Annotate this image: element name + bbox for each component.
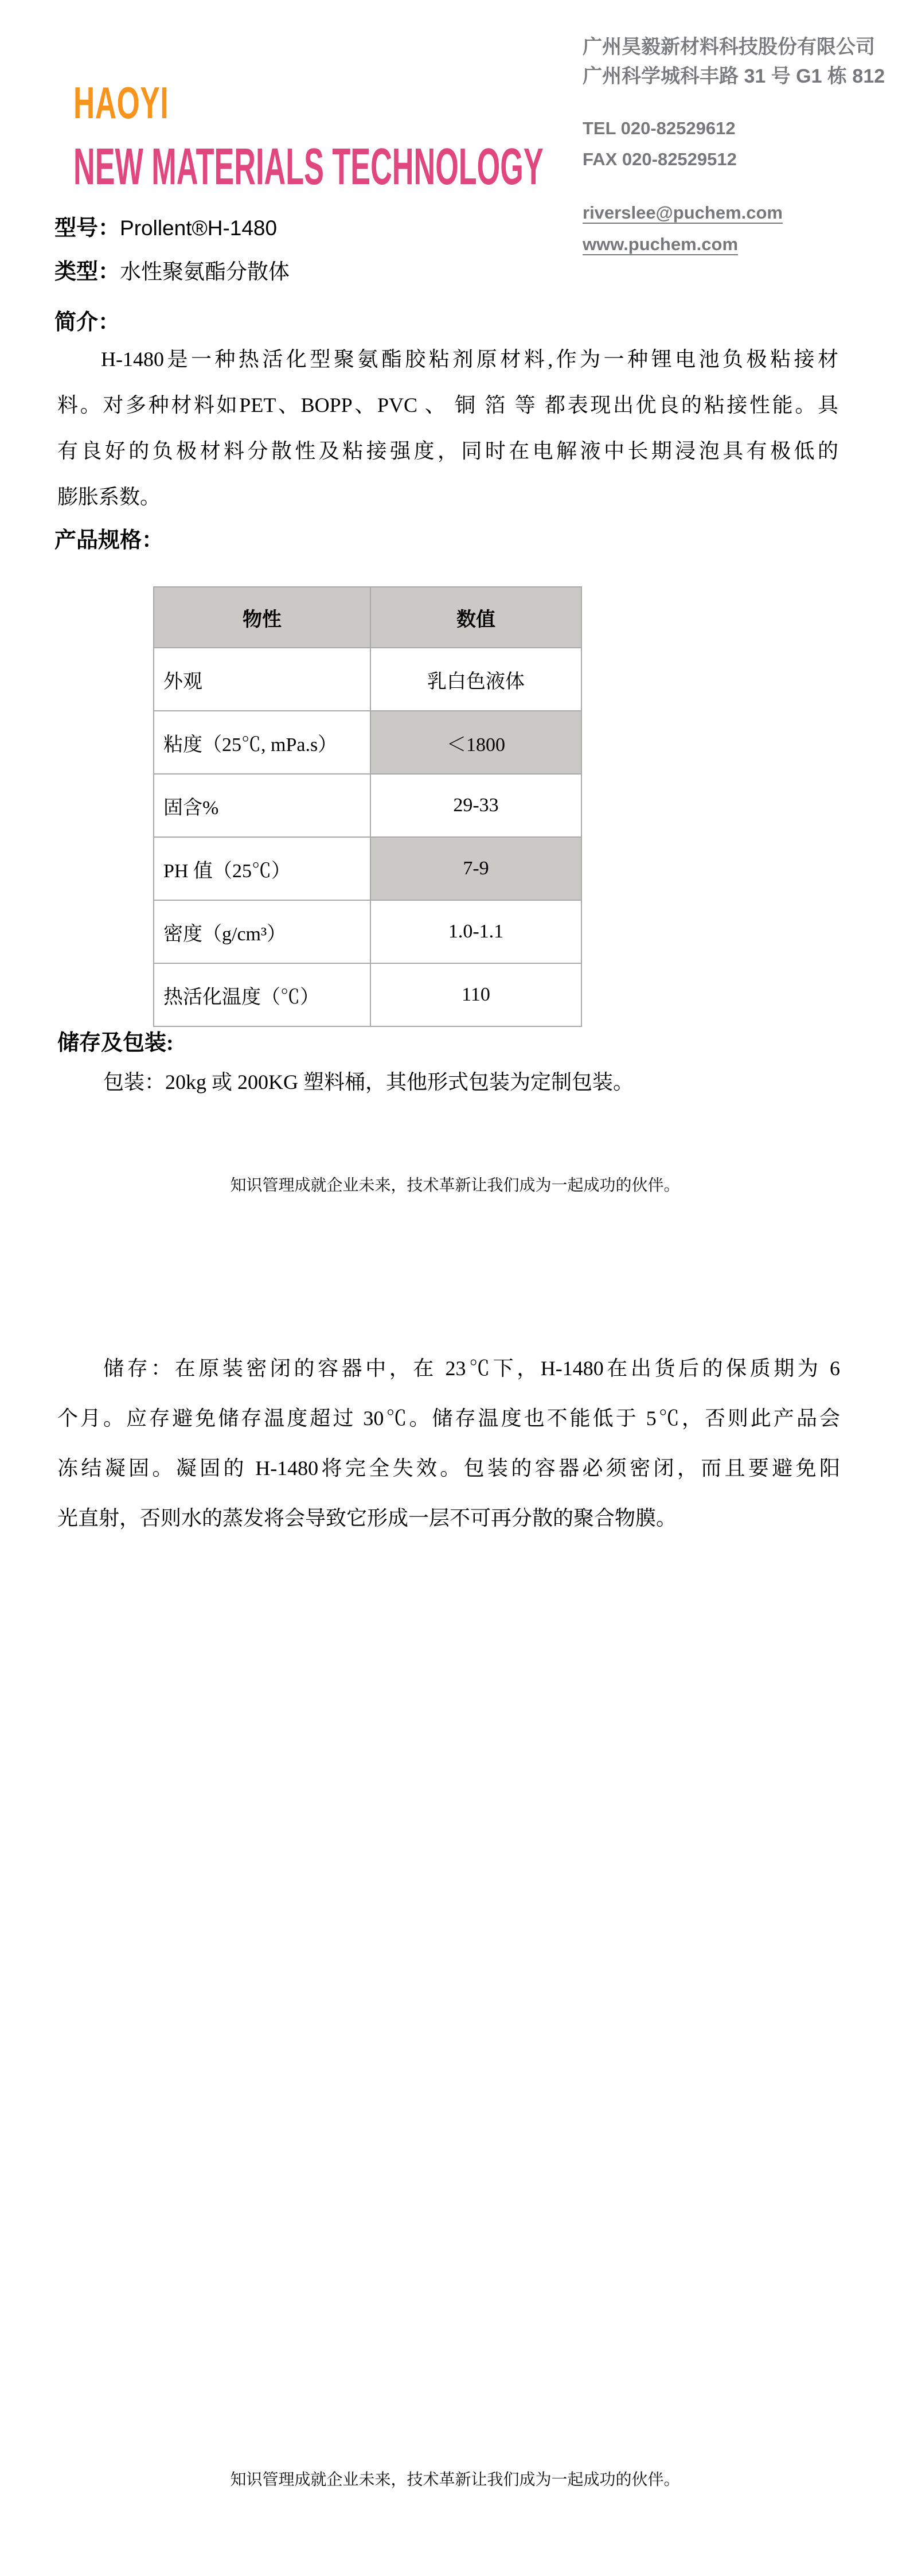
- spec-table: 物性 数值 外观 乳白色液体 粘度（25℃, mPa.s） ＜1800 固含% …: [153, 586, 582, 1027]
- type-value: 水性聚氨酯分散体: [120, 260, 290, 284]
- intro-line-2: 料。对多种材料如PET、BOPP、PVC 、 铜 箔 等 都表现出优良的粘接性能…: [57, 392, 838, 418]
- value-cell: 1.0-1.1: [370, 900, 581, 963]
- spec-col-header-value: 数值: [370, 587, 581, 648]
- table-row-solids: 固含% 29-33: [154, 774, 581, 837]
- packaging-line: 包装：20kg 或 200KG 塑料桶，其他形式包装为定制包装。: [103, 1069, 634, 1095]
- email-link[interactable]: riverslee@puchem.com: [583, 203, 783, 223]
- type-label: 类型：: [54, 260, 120, 284]
- property-cell: PH 值（25℃）: [154, 837, 370, 900]
- value-cell: 29-33: [370, 774, 581, 837]
- table-row-appearance: 外观 乳白色液体: [154, 648, 581, 711]
- type-line: 类型：水性聚氨酯分散体: [54, 259, 290, 285]
- table-row-ph: PH 值（25℃） 7-9: [154, 837, 581, 900]
- model-line: 型号：Prollent®H-1480: [54, 216, 277, 241]
- spec-heading: 产品规格：: [54, 528, 163, 553]
- logo-new-materials-technology: NEW MATERIALS TECHNOLOGY: [73, 141, 544, 193]
- intro-line-4: 膨胀系数。: [57, 484, 161, 509]
- storage-line-2: 个月。应存避免储存温度超过 30℃。储存温度也不能低于 5℃，否则此产品会: [57, 1406, 840, 1431]
- value-cell: 乳白色液体: [370, 648, 581, 711]
- slogan-mid: 知识管理成就企业未来，技术革新让我们成为一起成功的伙伴。: [0, 1173, 910, 1196]
- model-value: Prollent®H-1480: [120, 216, 277, 240]
- intro-line-3: 有良好的负极材料分散性及粘接强度，同时在电解液中长期浸泡具有极低的: [57, 438, 838, 464]
- fax-number: FAX 020-82529512: [583, 149, 737, 170]
- table-row-viscosity: 粘度（25℃, mPa.s） ＜1800: [154, 711, 581, 774]
- intro-line-1: H-1480是一种热活化型聚氨酯胶粘剂原材料,作为一种锂电池负极粘接材: [101, 347, 838, 372]
- website-link[interactable]: www.puchem.com: [583, 234, 738, 255]
- logo-haoyi: HAOYI: [73, 80, 169, 125]
- property-cell: 外观: [154, 648, 370, 711]
- spec-header-row: 物性 数值: [154, 587, 581, 648]
- spec-col-header-property: 物性: [154, 587, 370, 648]
- storage-line-4: 光直射，否则水的蒸发将会导致它形成一层不可再分散的聚合物膜。: [57, 1505, 677, 1531]
- property-cell: 密度（g/cm³）: [154, 900, 370, 963]
- property-cell: 热活化温度（℃）: [154, 963, 370, 1026]
- property-cell: 固含%: [154, 774, 370, 837]
- table-row-activation-temp: 热活化温度（℃） 110: [154, 963, 581, 1026]
- intro-heading: 简介：: [54, 310, 120, 335]
- model-label: 型号：: [54, 216, 120, 240]
- property-cell: 粘度（25℃, mPa.s）: [154, 711, 370, 774]
- storage-line-1: 储存：在原装密闭的容器中，在 23℃下，H-1480在出货后的保质期为 6: [103, 1356, 840, 1381]
- company-name: 广州昊毅新材料科技股份有限公司: [583, 31, 875, 59]
- storage-packaging-heading: 储存及包装:: [57, 1030, 174, 1056]
- value-cell: ＜1800: [370, 711, 581, 774]
- phone-number: TEL 020-82529612: [583, 118, 736, 139]
- table-row-density: 密度（g/cm³） 1.0-1.1: [154, 900, 581, 963]
- storage-line-3: 冻结凝固。凝固的 H-1480将完全失效。包装的容器必须密闭，而且要避免阳: [57, 1456, 840, 1481]
- slogan-bottom: 知识管理成就企业未来，技术革新让我们成为一起成功的伙伴。: [0, 2467, 910, 2490]
- value-cell: 7-9: [370, 837, 581, 900]
- value-cell: 110: [370, 963, 581, 1026]
- datasheet-page: HAOYI NEW MATERIALS TECHNOLOGY 广州昊毅新材料科技…: [0, 0, 910, 2576]
- company-address: 广州科学城科丰路 31 号 G1 栋 812: [583, 60, 885, 88]
